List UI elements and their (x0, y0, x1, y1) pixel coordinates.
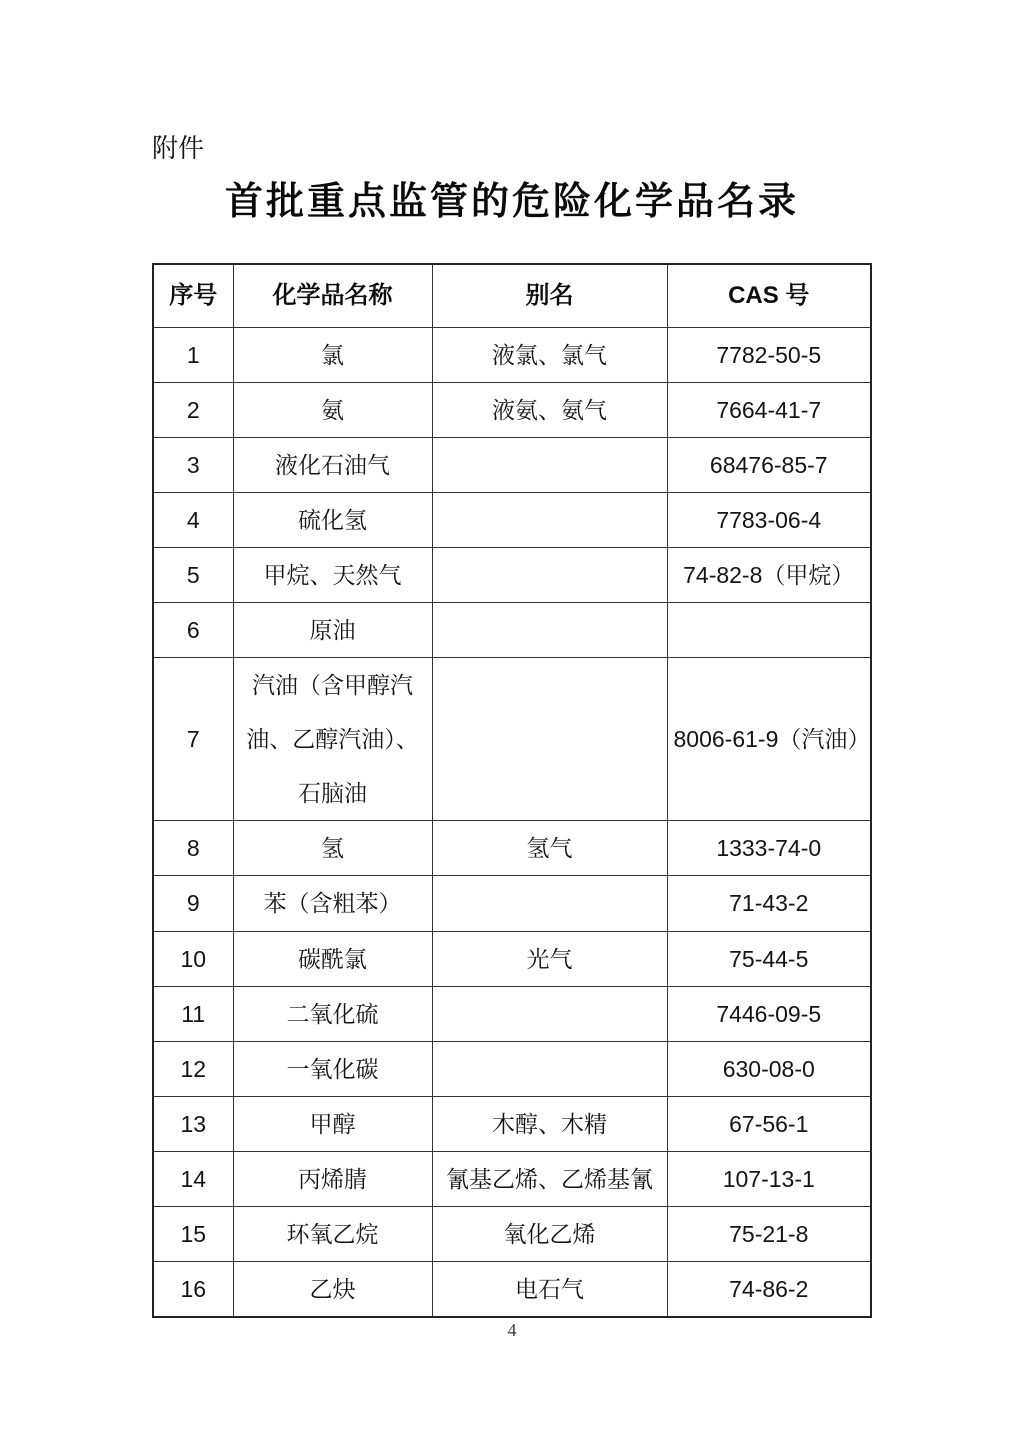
table-row: 9苯（含粗苯）71-43-2 (153, 876, 871, 931)
cell-name: 汽油（含甲醇汽油、乙醇汽油）、石脑油 (233, 658, 432, 821)
cell-no: 5 (153, 548, 233, 603)
column-header-cas: CAS 号 (667, 264, 871, 328)
cell-no: 6 (153, 603, 233, 658)
table-row: 16乙炔电石气74-86-2 (153, 1261, 871, 1317)
column-header-no: 序号 (153, 264, 233, 328)
cell-no: 10 (153, 931, 233, 986)
cell-cas: 107-13-1 (667, 1151, 871, 1206)
table-row: 6原油 (153, 603, 871, 658)
cell-alias (432, 986, 667, 1041)
cell-alias: 电石气 (432, 1261, 667, 1317)
cell-alias: 液氨、氨气 (432, 383, 667, 438)
cell-name: 乙炔 (233, 1261, 432, 1317)
cell-name: 环氧乙烷 (233, 1206, 432, 1261)
cell-alias (432, 876, 667, 931)
cell-name: 甲烷、天然气 (233, 548, 432, 603)
cell-cas: 1333-74-0 (667, 821, 871, 876)
table-header-row: 序号 化学品名称 别名 CAS 号 (153, 264, 871, 328)
cell-alias (432, 548, 667, 603)
table-row: 4硫化氢7783-06-4 (153, 493, 871, 548)
cell-cas: 74-82-8（甲烷） (667, 548, 871, 603)
cell-no: 7 (153, 658, 233, 821)
cell-cas: 75-44-5 (667, 931, 871, 986)
cell-cas: 68476-85-7 (667, 438, 871, 493)
cell-no: 16 (153, 1261, 233, 1317)
cell-alias: 木醇、木精 (432, 1096, 667, 1151)
cell-alias: 光气 (432, 931, 667, 986)
cell-name: 丙烯腈 (233, 1151, 432, 1206)
chemical-table: 序号 化学品名称 别名 CAS 号 1氯液氯、氯气7782-50-52氨液氨、氨… (152, 263, 872, 1318)
table-row: 15环氧乙烷氧化乙烯75-21-8 (153, 1206, 871, 1261)
attachment-label: 附件 (152, 128, 204, 165)
cell-alias: 氧化乙烯 (432, 1206, 667, 1261)
table-row: 5甲烷、天然气74-82-8（甲烷） (153, 548, 871, 603)
page-number: 4 (0, 1320, 1024, 1341)
cell-cas: 8006-61-9（汽油） (667, 658, 871, 821)
table-row: 1氯液氯、氯气7782-50-5 (153, 328, 871, 383)
cell-alias (432, 603, 667, 658)
cell-name: 原油 (233, 603, 432, 658)
column-header-alias: 别名 (432, 264, 667, 328)
cell-no: 2 (153, 383, 233, 438)
cell-name: 甲醇 (233, 1096, 432, 1151)
table-row: 14丙烯腈氰基乙烯、乙烯基氰107-13-1 (153, 1151, 871, 1206)
cell-name: 碳酰氯 (233, 931, 432, 986)
cell-no: 11 (153, 986, 233, 1041)
cell-alias (432, 658, 667, 821)
cell-name: 硫化氢 (233, 493, 432, 548)
cell-cas: 67-56-1 (667, 1096, 871, 1151)
cell-no: 9 (153, 876, 233, 931)
cell-alias: 氢气 (432, 821, 667, 876)
cell-cas: 71-43-2 (667, 876, 871, 931)
cell-name: 苯（含粗苯） (233, 876, 432, 931)
cell-cas: 74-86-2 (667, 1261, 871, 1317)
table-row: 11二氧化硫7446-09-5 (153, 986, 871, 1041)
table-row: 8氢氢气1333-74-0 (153, 821, 871, 876)
cell-no: 4 (153, 493, 233, 548)
cell-no: 14 (153, 1151, 233, 1206)
cell-cas (667, 603, 871, 658)
cell-no: 3 (153, 438, 233, 493)
cell-name: 液化石油气 (233, 438, 432, 493)
cell-name: 二氧化硫 (233, 986, 432, 1041)
cell-no: 8 (153, 821, 233, 876)
cell-cas: 75-21-8 (667, 1206, 871, 1261)
table-row: 3液化石油气68476-85-7 (153, 438, 871, 493)
table-row: 13甲醇木醇、木精67-56-1 (153, 1096, 871, 1151)
cell-no: 12 (153, 1041, 233, 1096)
table-header: 序号 化学品名称 别名 CAS 号 (153, 264, 871, 328)
page-title: 首批重点监管的危险化学品名录 (0, 170, 1024, 225)
table-row: 7汽油（含甲醇汽油、乙醇汽油）、石脑油8006-61-9（汽油） (153, 658, 871, 821)
cell-name: 氢 (233, 821, 432, 876)
cell-name: 氨 (233, 383, 432, 438)
cell-alias: 氰基乙烯、乙烯基氰 (432, 1151, 667, 1206)
cell-cas: 7783-06-4 (667, 493, 871, 548)
table-row: 10碳酰氯光气75-44-5 (153, 931, 871, 986)
cell-no: 15 (153, 1206, 233, 1261)
document-page: 附件 首批重点监管的危险化学品名录 序号 化学品名称 别名 CAS 号 1氯液氯… (0, 0, 1024, 1448)
cell-alias: 液氯、氯气 (432, 328, 667, 383)
table-row: 12一氧化碳630-08-0 (153, 1041, 871, 1096)
cell-alias (432, 1041, 667, 1096)
cell-alias (432, 493, 667, 548)
column-header-name: 化学品名称 (233, 264, 432, 328)
cell-name: 一氧化碳 (233, 1041, 432, 1096)
cell-name: 氯 (233, 328, 432, 383)
cell-cas: 630-08-0 (667, 1041, 871, 1096)
cell-cas: 7782-50-5 (667, 328, 871, 383)
cell-cas: 7664-41-7 (667, 383, 871, 438)
table-body: 1氯液氯、氯气7782-50-52氨液氨、氨气7664-41-73液化石油气68… (153, 328, 871, 1317)
cell-cas: 7446-09-5 (667, 986, 871, 1041)
cell-alias (432, 438, 667, 493)
cell-no: 1 (153, 328, 233, 383)
cell-no: 13 (153, 1096, 233, 1151)
table-row: 2氨液氨、氨气7664-41-7 (153, 383, 871, 438)
